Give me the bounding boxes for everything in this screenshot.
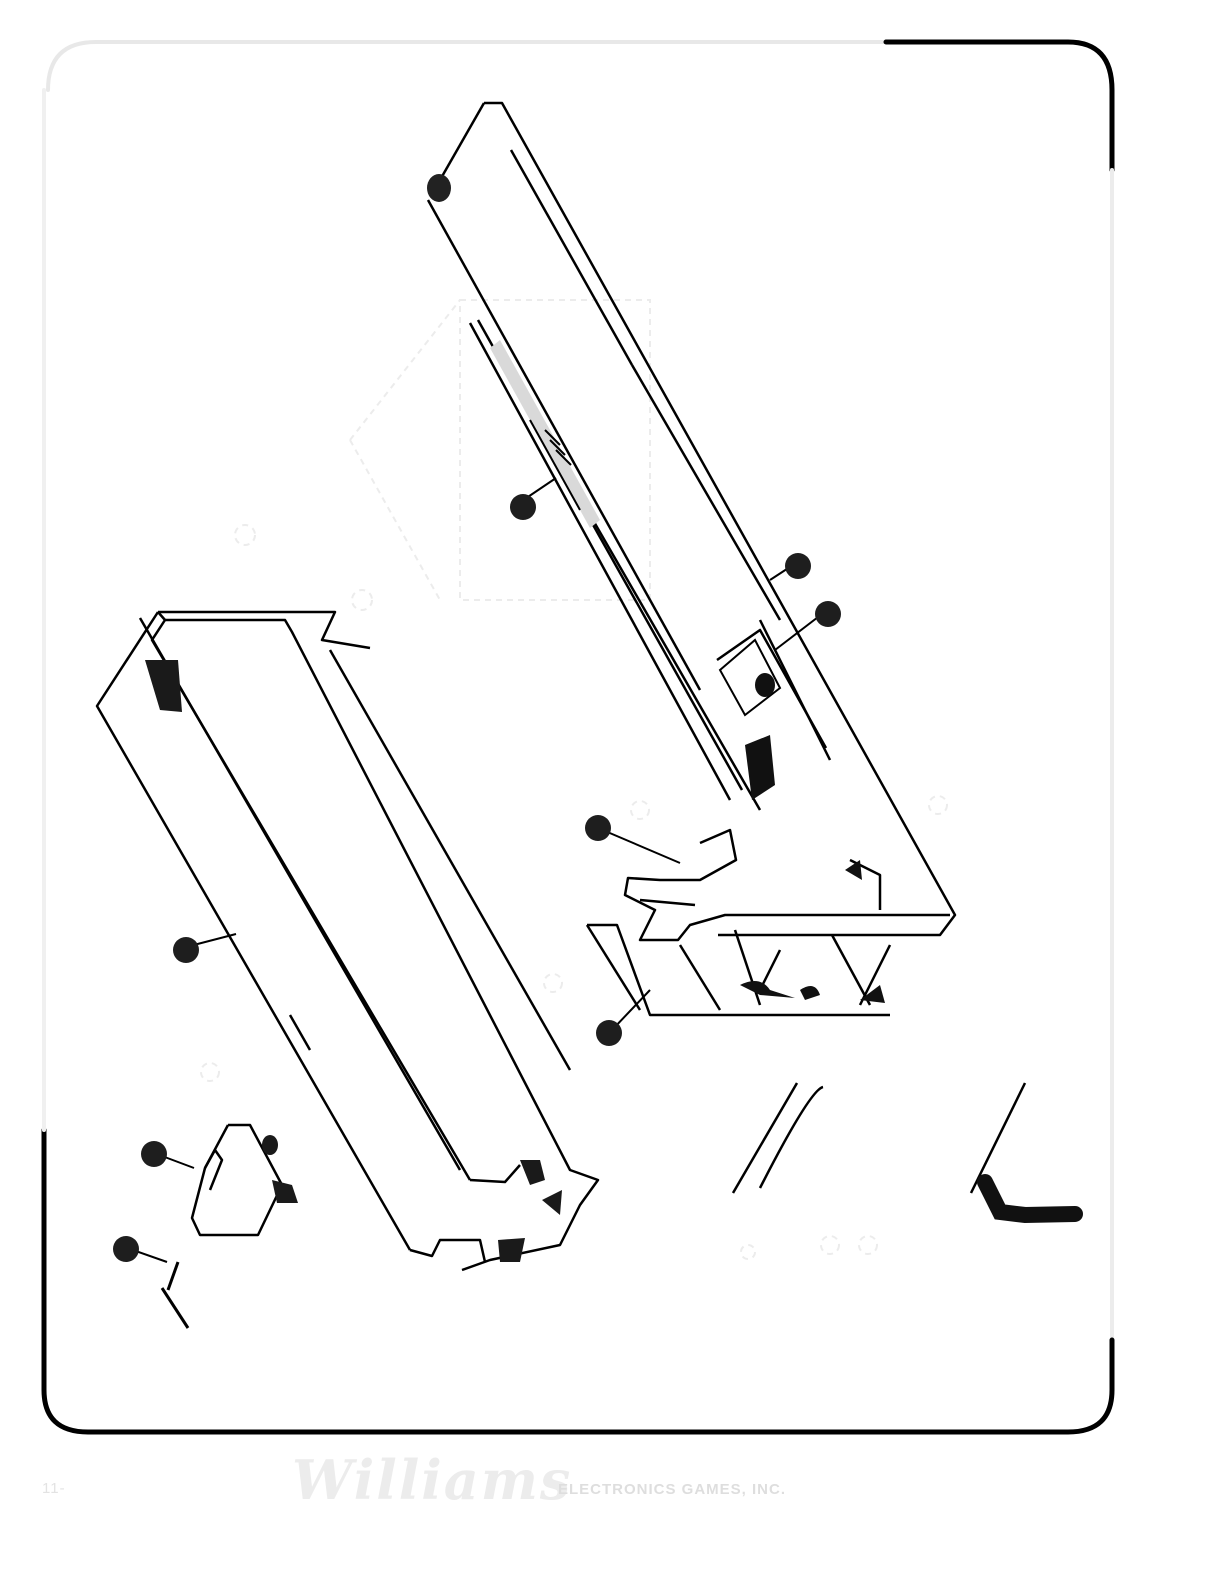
connector-block-fills (262, 1135, 298, 1203)
panel-knob-icon (427, 174, 451, 202)
callout-4[interactable] (585, 815, 680, 863)
ghost-outlines (201, 300, 947, 1259)
callout-2[interactable] (770, 553, 811, 580)
callout-8[interactable] (113, 1236, 167, 1262)
long-panel (428, 103, 955, 935)
bracket-assembly (587, 830, 950, 1015)
page-frame (44, 42, 1112, 1432)
callout-5[interactable] (596, 990, 650, 1046)
footer-logo: Williams (292, 1448, 572, 1512)
callouts (113, 478, 841, 1262)
callout-6[interactable] (173, 934, 236, 963)
long-panel-rail-fill (490, 340, 600, 528)
bracket-fills (740, 860, 885, 1003)
cable-icon (985, 1182, 1075, 1215)
switch-icon (720, 640, 780, 800)
callout-7[interactable] (141, 1141, 194, 1168)
pin-icon (162, 1262, 188, 1328)
footer-company: ELECTRONICS GAMES, INC. (558, 1481, 786, 1498)
exploded-view-diagram (0, 0, 1227, 1586)
callout-1[interactable] (510, 478, 556, 520)
footer-page-code: 11- (42, 1480, 66, 1497)
